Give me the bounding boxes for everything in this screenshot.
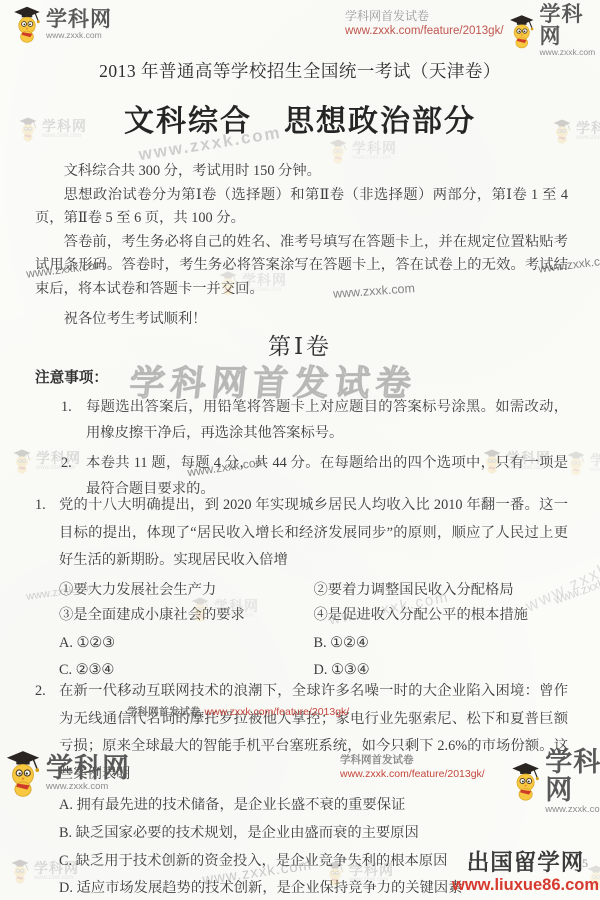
logo-name: 学科网 [540,4,600,48]
mascot-icon [566,450,586,476]
page-number: 5 [582,856,588,871]
intro-paragraph: 答卷前，考生务必将自己的姓名、准考号填写在答题卡上，并在规定位置粘贴考试用条形码… [35,231,568,302]
subitem: ①要大力发展社会生产力 [59,578,314,603]
exam-title: 2013 年普通高等学校招生全国统一考试（天津卷） [0,58,600,83]
logo-url: www.zxxk.com [590,467,600,473]
mascot-icon [4,748,42,798]
logo-name: 学科网 [590,453,600,468]
mascot-icon [508,11,536,51]
zxxk-logo-bottom-left: 学科网 www.zxxk.com [4,748,130,798]
notice-section: 注意事项： 1. 每题选出答案后，用铅笔将答题卡上对应题目的答案标号涂黑。如需改… [35,366,568,502]
exam-subtitle: 文科综合 思想政治部分 [0,96,600,140]
subitem: ③是全面建成小康社会的要求 [59,603,314,628]
logo-name: 学科网 [545,748,600,805]
zxxk-logo-bottom-right: 学科网 www.zxxk.com [510,748,600,815]
mascot-icon [12,448,32,474]
notice-text: 每题选出答案后，用铅笔将答题卡上对应题目的答案标号涂黑。如需改动，用橡皮擦干净后… [86,395,568,446]
logo-name: 学科网 [46,754,130,782]
choice: A. ①②③ [59,630,314,658]
choice: B. 缺乏国家必要的技术规划，是企业由盛而衰的主要原因 [59,820,568,848]
intro-paragraph: 文科综合共 300 分，考试用时 150 分钟。 [35,160,568,184]
logo-url: www.zxxk.com [540,48,600,57]
question-1: 1. 党的十八大明确提出，到 2020 年实现城乡居民人均收入比 2010 年翻… [35,492,568,685]
notice-item: 1. 每题选出答案后，用铅笔将答题卡上对应题目的答案标号涂黑。如需改动，用橡皮擦… [61,395,568,446]
subitem: ④是促进收入分配公平的根本措施 [314,603,569,628]
choice: B. ①②④ [314,630,569,658]
logo-url: www.zxxk.com [46,782,130,792]
subitem: ②要着力调整国民收入分配格局 [314,578,569,603]
zxxk-logo-header-right: 学科网 www.zxxk.com [508,4,600,57]
feature-caption: 学科网首发试卷 [345,8,504,24]
mascot-icon [12,4,42,44]
notice-label: 注意事项： [35,366,568,390]
mascot-icon [510,756,541,806]
logo-name: 学科网 [46,9,112,31]
liuxue-site-name: 出国留学网 [452,850,599,876]
feature-url: www.zxxk.com/feature/2013gk/ [345,24,504,40]
scanned-exam-page: 学科网 www.zxxk.com 学科网首发试卷 www.zxxk.com/fe… [0,0,600,900]
watermark-logo: 学科网www.zxxk.com [566,450,600,476]
zxxk-logo-header-left: 学科网 www.zxxk.com [12,4,112,44]
logo-name: 学科网 [352,141,397,156]
notice-number: 1. [61,395,86,446]
section-heading: 第Ⅰ卷 [0,328,600,361]
liuxue-site-url: www.liuxue86.com [452,876,599,895]
choice: A. 拥有最先进的技术储备，是企业长盛不衰的重要保证 [59,792,568,820]
logo-url: www.zxxk.com [545,805,600,815]
question-stem: 在新一代移动互联网技术的浪潮下，全球许多名噪一时的大企业陷入困境：曾作为无线通信… [59,678,568,788]
logo-url: www.zxxk.com [46,31,112,40]
question-number: 1. [35,492,59,685]
intro-section: 文科综合共 300 分，考试用时 150 分钟。 思想政治试卷分为第Ⅰ卷（选择题… [35,160,568,332]
liuxue-footer-brand: 出国留学网 www.liuxue86.com [452,850,599,895]
intro-paragraph: 思想政治试卷分为第Ⅰ卷（选择题）和第Ⅱ卷（非选择题）两部分，第Ⅰ卷 1 至 4 … [35,184,568,231]
question-stem: 党的十八大明确提出，到 2020 年实现城乡居民人均收入比 2010 年翻一番。… [59,492,568,575]
mascot-icon [10,858,30,884]
header-feature-block: 学科网首发试卷 www.zxxk.com/feature/2013gk/ [345,8,504,40]
